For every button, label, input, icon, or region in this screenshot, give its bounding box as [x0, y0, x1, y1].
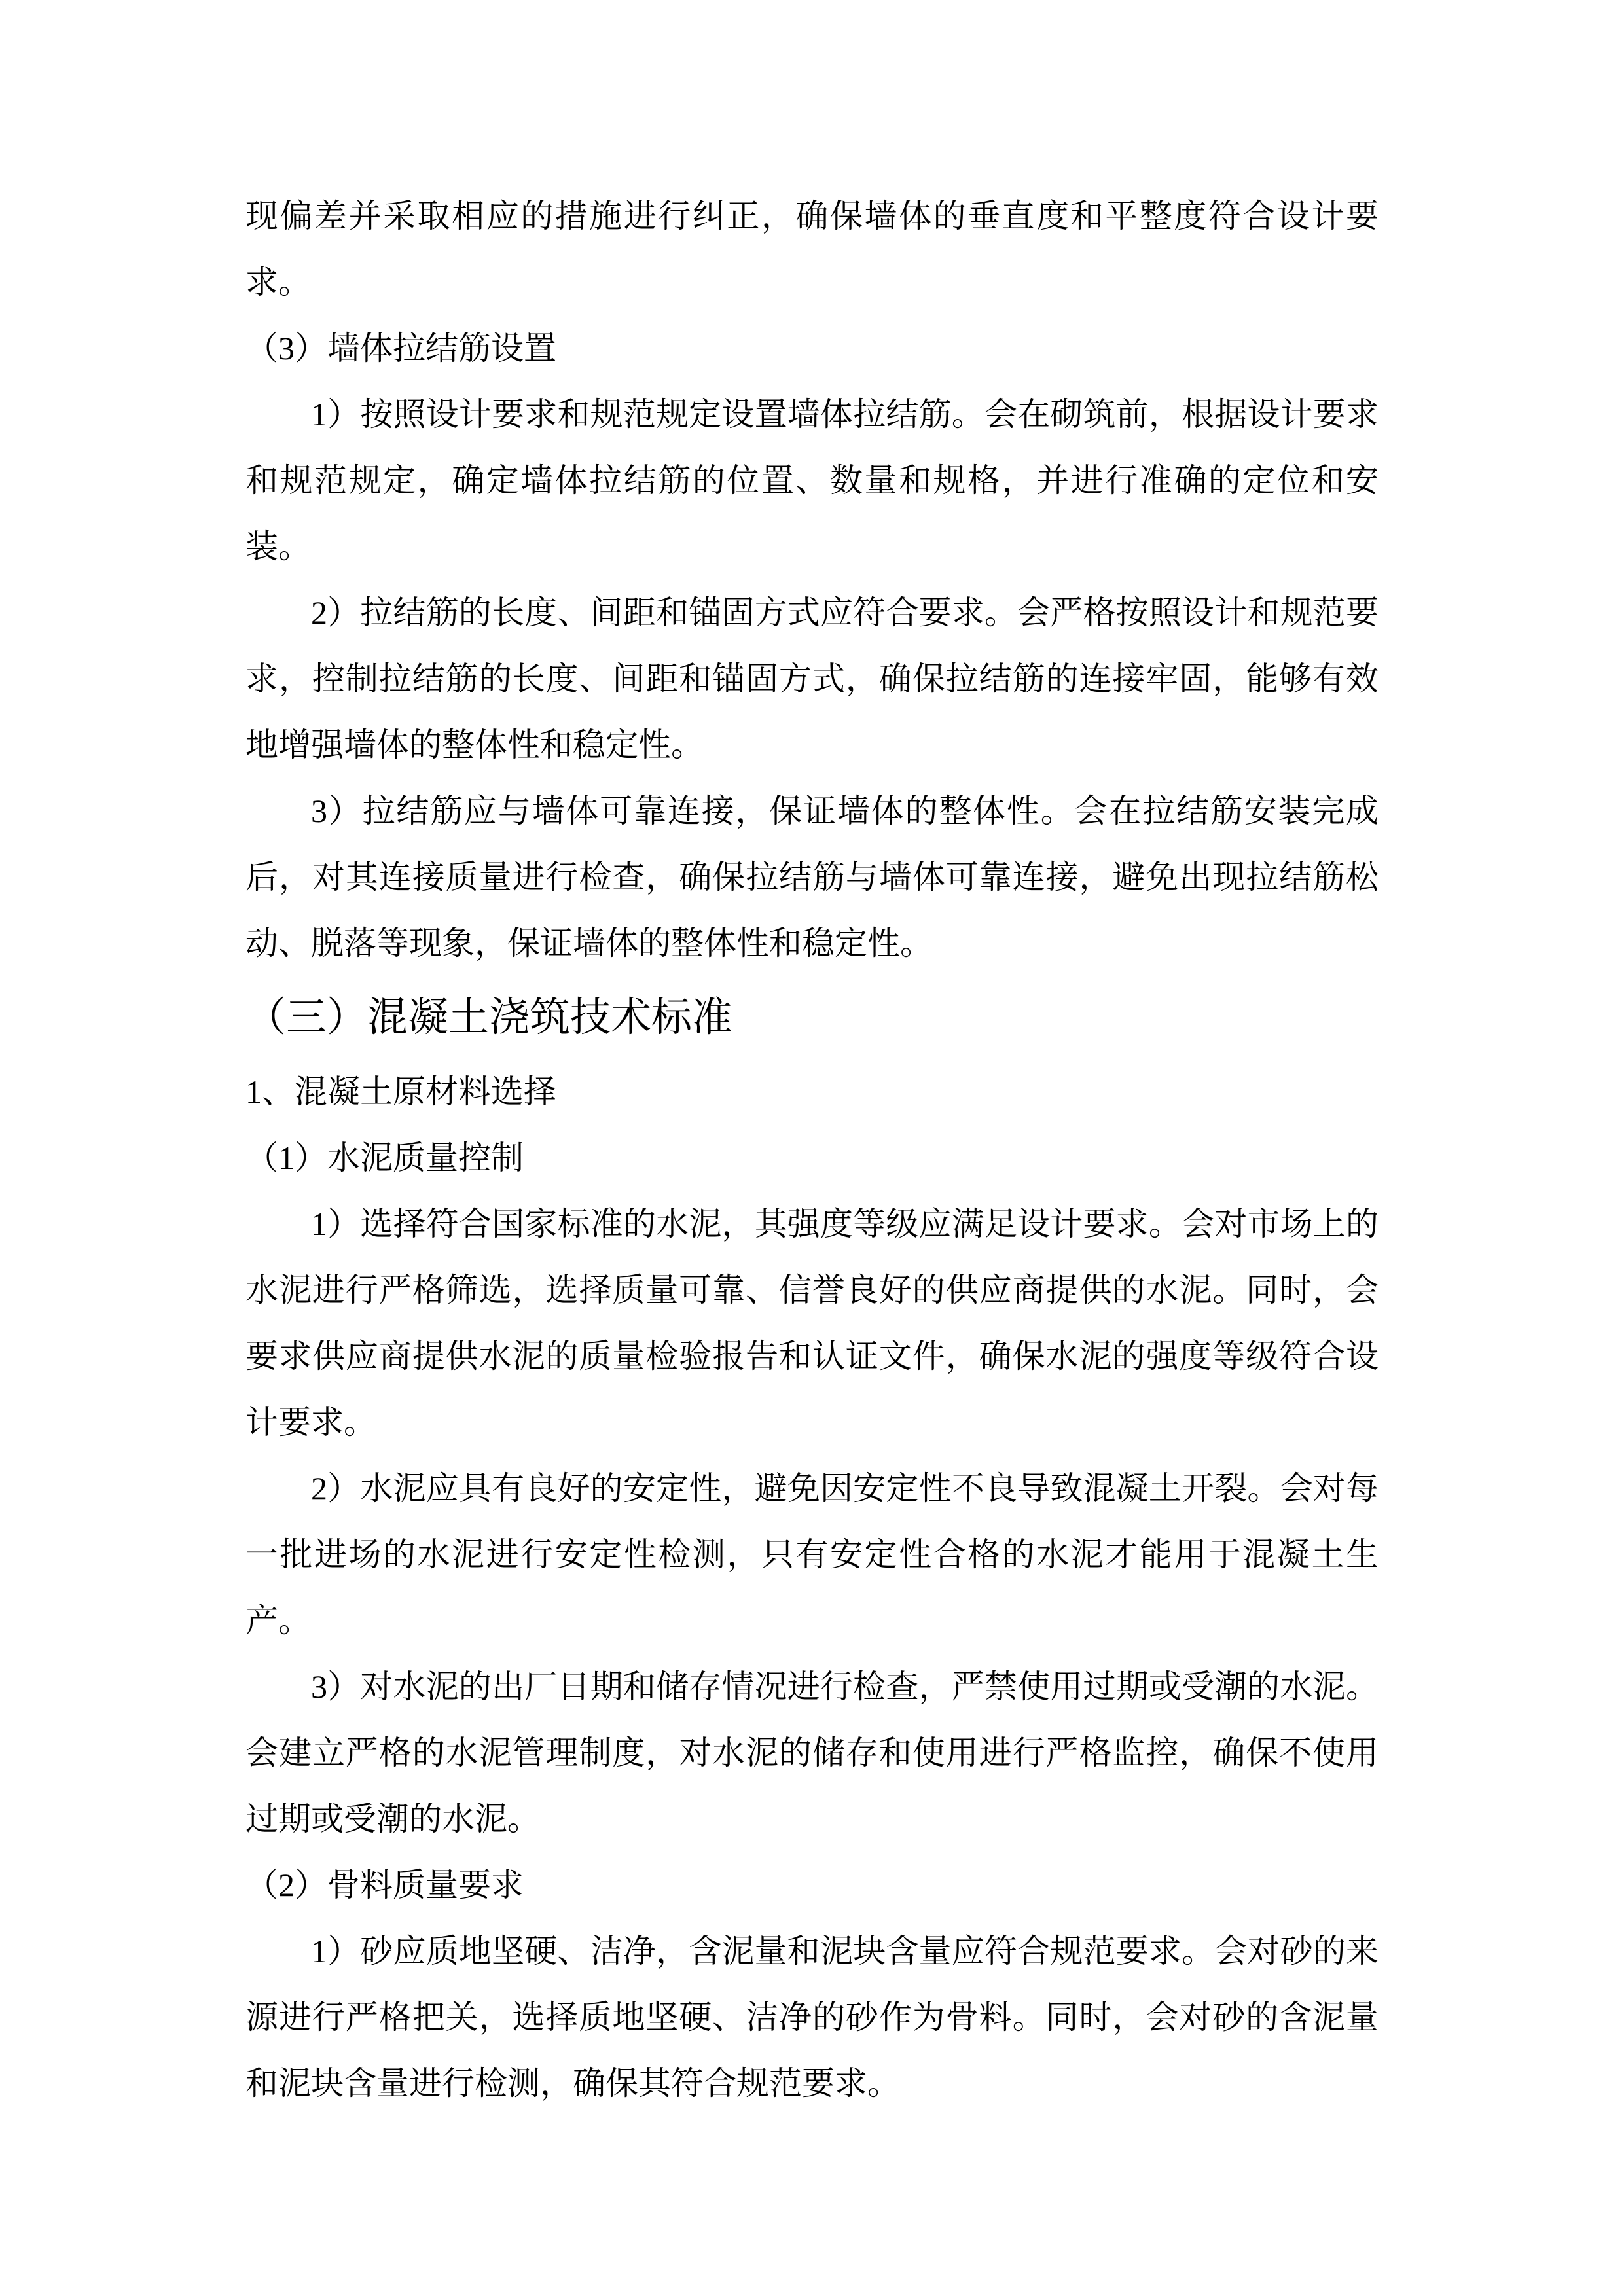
text-line: 3）拉结筋应与墙体可靠连接，保证墙体的整体性。会在拉结筋安装完成 [245, 778, 1379, 844]
text-line: 要求供应商提供水泥的质量检验报告和认证文件，确保水泥的强度等级符合设 [245, 1323, 1379, 1390]
text-line: 计要求。 [245, 1390, 1379, 1456]
text-line: 地增强墙体的整体性和稳定性。 [245, 712, 1379, 778]
text-line: 求，控制拉结筋的长度、间距和锚固方式，确保拉结筋的连接牢固，能够有效 [245, 646, 1379, 712]
text-line: 装。 [245, 514, 1379, 580]
text-line: （2）骨料质量要求 [245, 1852, 1379, 1918]
document-content: 现偏差并采取相应的措施进行纠正，确保墙体的垂直度和平整度符合设计要求。（3）墙体… [245, 183, 1379, 2117]
text-line: 后，对其连接质量进行检查，确保拉结筋与墙体可靠连接，避免出现拉结筋松 [245, 844, 1379, 910]
document-page: 现偏差并采取相应的措施进行纠正，确保墙体的垂直度和平整度符合设计要求。（3）墙体… [0, 0, 1624, 2296]
text-line: 3）对水泥的出厂日期和储存情况进行检查，严禁使用过期或受潮的水泥。 [245, 1654, 1379, 1720]
text-line: （1）水泥质量控制 [245, 1125, 1379, 1191]
text-line: 1、混凝土原材料选择 [245, 1059, 1379, 1125]
text-line: 和规范规定，确定墙体拉结筋的位置、数量和规格，并进行准确的定位和安 [245, 448, 1379, 514]
text-line: 过期或受潮的水泥。 [245, 1786, 1379, 1852]
text-line: 源进行严格把关，选择质地坚硬、洁净的砂作为骨料。同时，会对砂的含泥量 [245, 1984, 1379, 2051]
text-line: 会建立严格的水泥管理制度，对水泥的储存和使用进行严格监控，确保不使用 [245, 1720, 1379, 1786]
text-line: 2）水泥应具有良好的安定性，避免因安定性不良导致混凝土开裂。会对每 [245, 1456, 1379, 1522]
text-line: （3）墙体拉结筋设置 [245, 315, 1379, 382]
text-line: 一批进场的水泥进行安定性检测，只有安定性合格的水泥才能用于混凝土生 [245, 1522, 1379, 1588]
text-line: 1）砂应质地坚硬、洁净，含泥量和泥块含量应符合规范要求。会对砂的来 [245, 1918, 1379, 1984]
section-heading: （三）混凝土浇筑技术标准 [245, 977, 1379, 1059]
text-line: 现偏差并采取相应的措施进行纠正，确保墙体的垂直度和平整度符合设计要 [245, 183, 1379, 249]
text-line: 2）拉结筋的长度、间距和锚固方式应符合要求。会严格按照设计和规范要 [245, 580, 1379, 646]
text-line: 和泥块含量进行检测，确保其符合规范要求。 [245, 2051, 1379, 2117]
text-line: 产。 [245, 1588, 1379, 1654]
text-line: 求。 [245, 249, 1379, 315]
text-line: 1）按照设计要求和规范规定设置墙体拉结筋。会在砌筑前，根据设计要求 [245, 382, 1379, 448]
text-line: 1）选择符合国家标准的水泥，其强度等级应满足设计要求。会对市场上的 [245, 1191, 1379, 1257]
text-line: 动、脱落等现象，保证墙体的整体性和稳定性。 [245, 910, 1379, 977]
text-line: 水泥进行严格筛选，选择质量可靠、信誉良好的供应商提供的水泥。同时，会 [245, 1257, 1379, 1323]
